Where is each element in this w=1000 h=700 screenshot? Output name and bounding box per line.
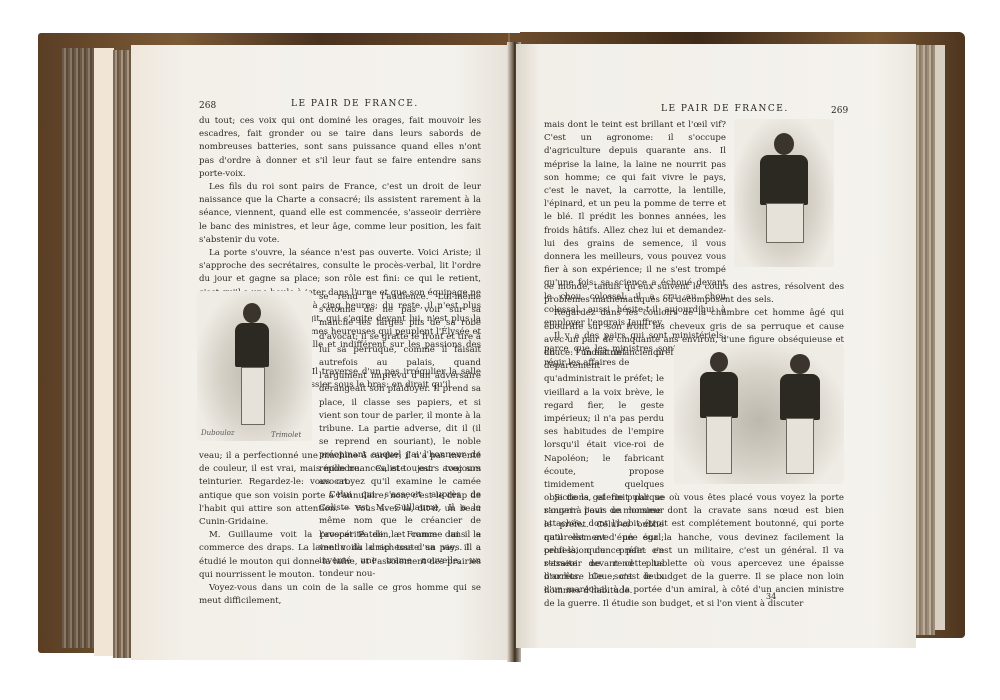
engraving-prefect-and-industrialist — [674, 344, 844, 484]
artist-signature: Trimolet — [271, 431, 301, 439]
signature-mark: 34 — [766, 592, 776, 601]
page-block-left-edge — [62, 48, 94, 648]
page-block-left-flyleaf — [94, 48, 114, 656]
figure-man-standing — [227, 299, 287, 434]
engraving-seated-agronomist — [734, 119, 834, 267]
page-block-right-edge — [915, 45, 935, 635]
open-book: 268 LE PAIR DE FRANCE. du tout; ces voix… — [0, 0, 1000, 700]
paragraph: M. Guillaume voit la prospérité de la Fr… — [199, 529, 481, 582]
engraving-caliste-standing: Dubouloz Trimolet — [197, 291, 312, 441]
right-page-text-bottom: Si de la galerie publique où vous êtes p… — [544, 492, 844, 611]
engraver-signature: Dubouloz — [201, 429, 234, 437]
page-number-right: 269 — [831, 106, 848, 116]
left-page: 268 LE PAIR DE FRANCE. du tout; ces voix… — [131, 45, 511, 660]
paragraph: Si de la galerie publique où vous êtes p… — [544, 492, 844, 611]
left-page-text-bottom: veau; il a perfectionné une machine à ca… — [199, 450, 481, 608]
running-head-right: LE PAIR DE FRANCE. — [661, 104, 789, 114]
figure-prefect — [694, 350, 750, 478]
page-block-right-flyleaf — [935, 45, 945, 630]
paragraph: du tout; ces voix qui ont dominé les ora… — [199, 115, 481, 181]
running-head-left: LE PAIR DE FRANCE. — [291, 99, 419, 109]
figure-seated-man — [752, 129, 818, 259]
paragraph: ce monde, tandis qu'eux suivent le cours… — [544, 281, 844, 307]
paragraph: veau; il a perfectionné une machine à ca… — [199, 450, 481, 529]
paragraph: Les fils du roi sont pairs de France, c'… — [199, 181, 481, 247]
paragraph: Voyez-vous dans un coin de la salle ce g… — [199, 582, 481, 608]
right-page: LE PAIR DE FRANCE. 269 mais dont le tein… — [516, 44, 916, 648]
page-block-left-inner-edge — [113, 50, 131, 658]
figure-industrialist — [774, 352, 830, 478]
page-number-left: 268 — [199, 101, 216, 111]
